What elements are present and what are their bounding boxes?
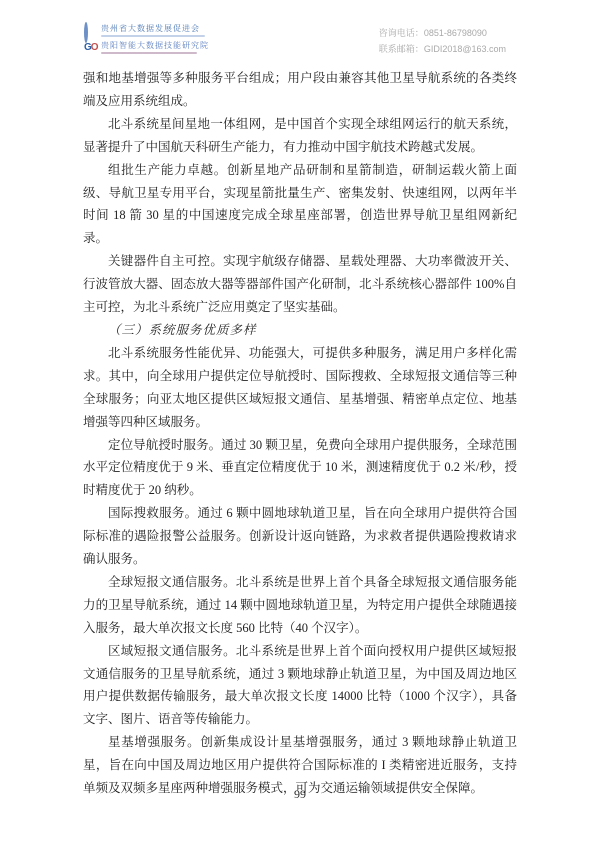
body-paragraph: 北斗系统服务性能优异、功能强大，可提供多种服务，满足用户多样化需求。其中，向全球… (83, 342, 517, 434)
page-number: 99 (0, 787, 600, 802)
document-body: 强和地基增强等多种服务平台组成；用户段由兼容其他卫星导航系统的各类终端及应用系统… (83, 67, 517, 800)
institute-caption-line (101, 52, 197, 54)
body-paragraph: 关键器件自主可控。实现宇航级存储器、星载处理器、大功率微波开关、行波管放大器、固… (83, 250, 517, 319)
association-name: 贵州省大数据发展促进会 (101, 24, 205, 33)
institute-name: 贵阳智能大数据技能研究院 (101, 41, 209, 50)
email-address: GIDI2018@163.com (424, 44, 506, 54)
body-paragraph: 定位导航授时服务。通过 30 颗卫星，免费向全球用户提供服务，全球范围水平定位精… (83, 434, 517, 503)
header-logos: 贵州省大数据发展促进会 GO 贵阳智能大数据技能研究院 (84, 24, 209, 54)
contact-phone: 咨询电话：0851-86798090 (379, 25, 506, 41)
body-paragraph: 北斗系统星间星地一体组网，是中国首个实现全球组网运行的航天系统，显著提升了中国航… (83, 113, 517, 159)
contact-email: 联系邮箱：GIDI2018@163.com (379, 41, 506, 57)
institute-logo: GO 贵阳智能大数据技能研究院 (84, 41, 209, 54)
body-paragraph: 全球短报文通信服务。北斗系统是世界上首个具备全球短报文通信服务能力的卫星导航系统… (83, 571, 517, 640)
body-paragraph: 组批生产能力卓越。创新星地产品研制和星箭制造，研制运载火箭上面级、导航卫星专用平… (83, 159, 517, 251)
phone-number: 0851-86798090 (424, 28, 487, 38)
email-label: 联系邮箱： (379, 44, 424, 54)
header-contact: 咨询电话：0851-86798090 联系邮箱：GIDI2018@163.com (379, 25, 506, 57)
section-heading: （三）系统服务优质多样 (83, 319, 517, 342)
body-paragraph: 国际搜救服务。通过 6 颗中圆地球轨道卫星，旨在向全球用户提供符合国际标准的遇险… (83, 502, 517, 571)
association-logo: 贵州省大数据发展促进会 (84, 24, 209, 37)
body-paragraph: 强和地基增强等多种服务平台组成；用户段由兼容其他卫星导航系统的各类终端及应用系统… (83, 67, 517, 113)
phone-label: 咨询电话： (379, 28, 424, 38)
research-institute-logo-icon: GO (84, 41, 97, 54)
document-page: 贵州省大数据发展促进会 GO 贵阳智能大数据技能研究院 咨询电话：0851-86… (0, 0, 600, 848)
association-caption-line (101, 35, 205, 37)
body-paragraph: 区域短报文通信服务。北斗系统是世界上首个面向授权用户提供区域短报文通信服务的卫星… (83, 640, 517, 732)
association-emblem-icon (84, 24, 97, 37)
